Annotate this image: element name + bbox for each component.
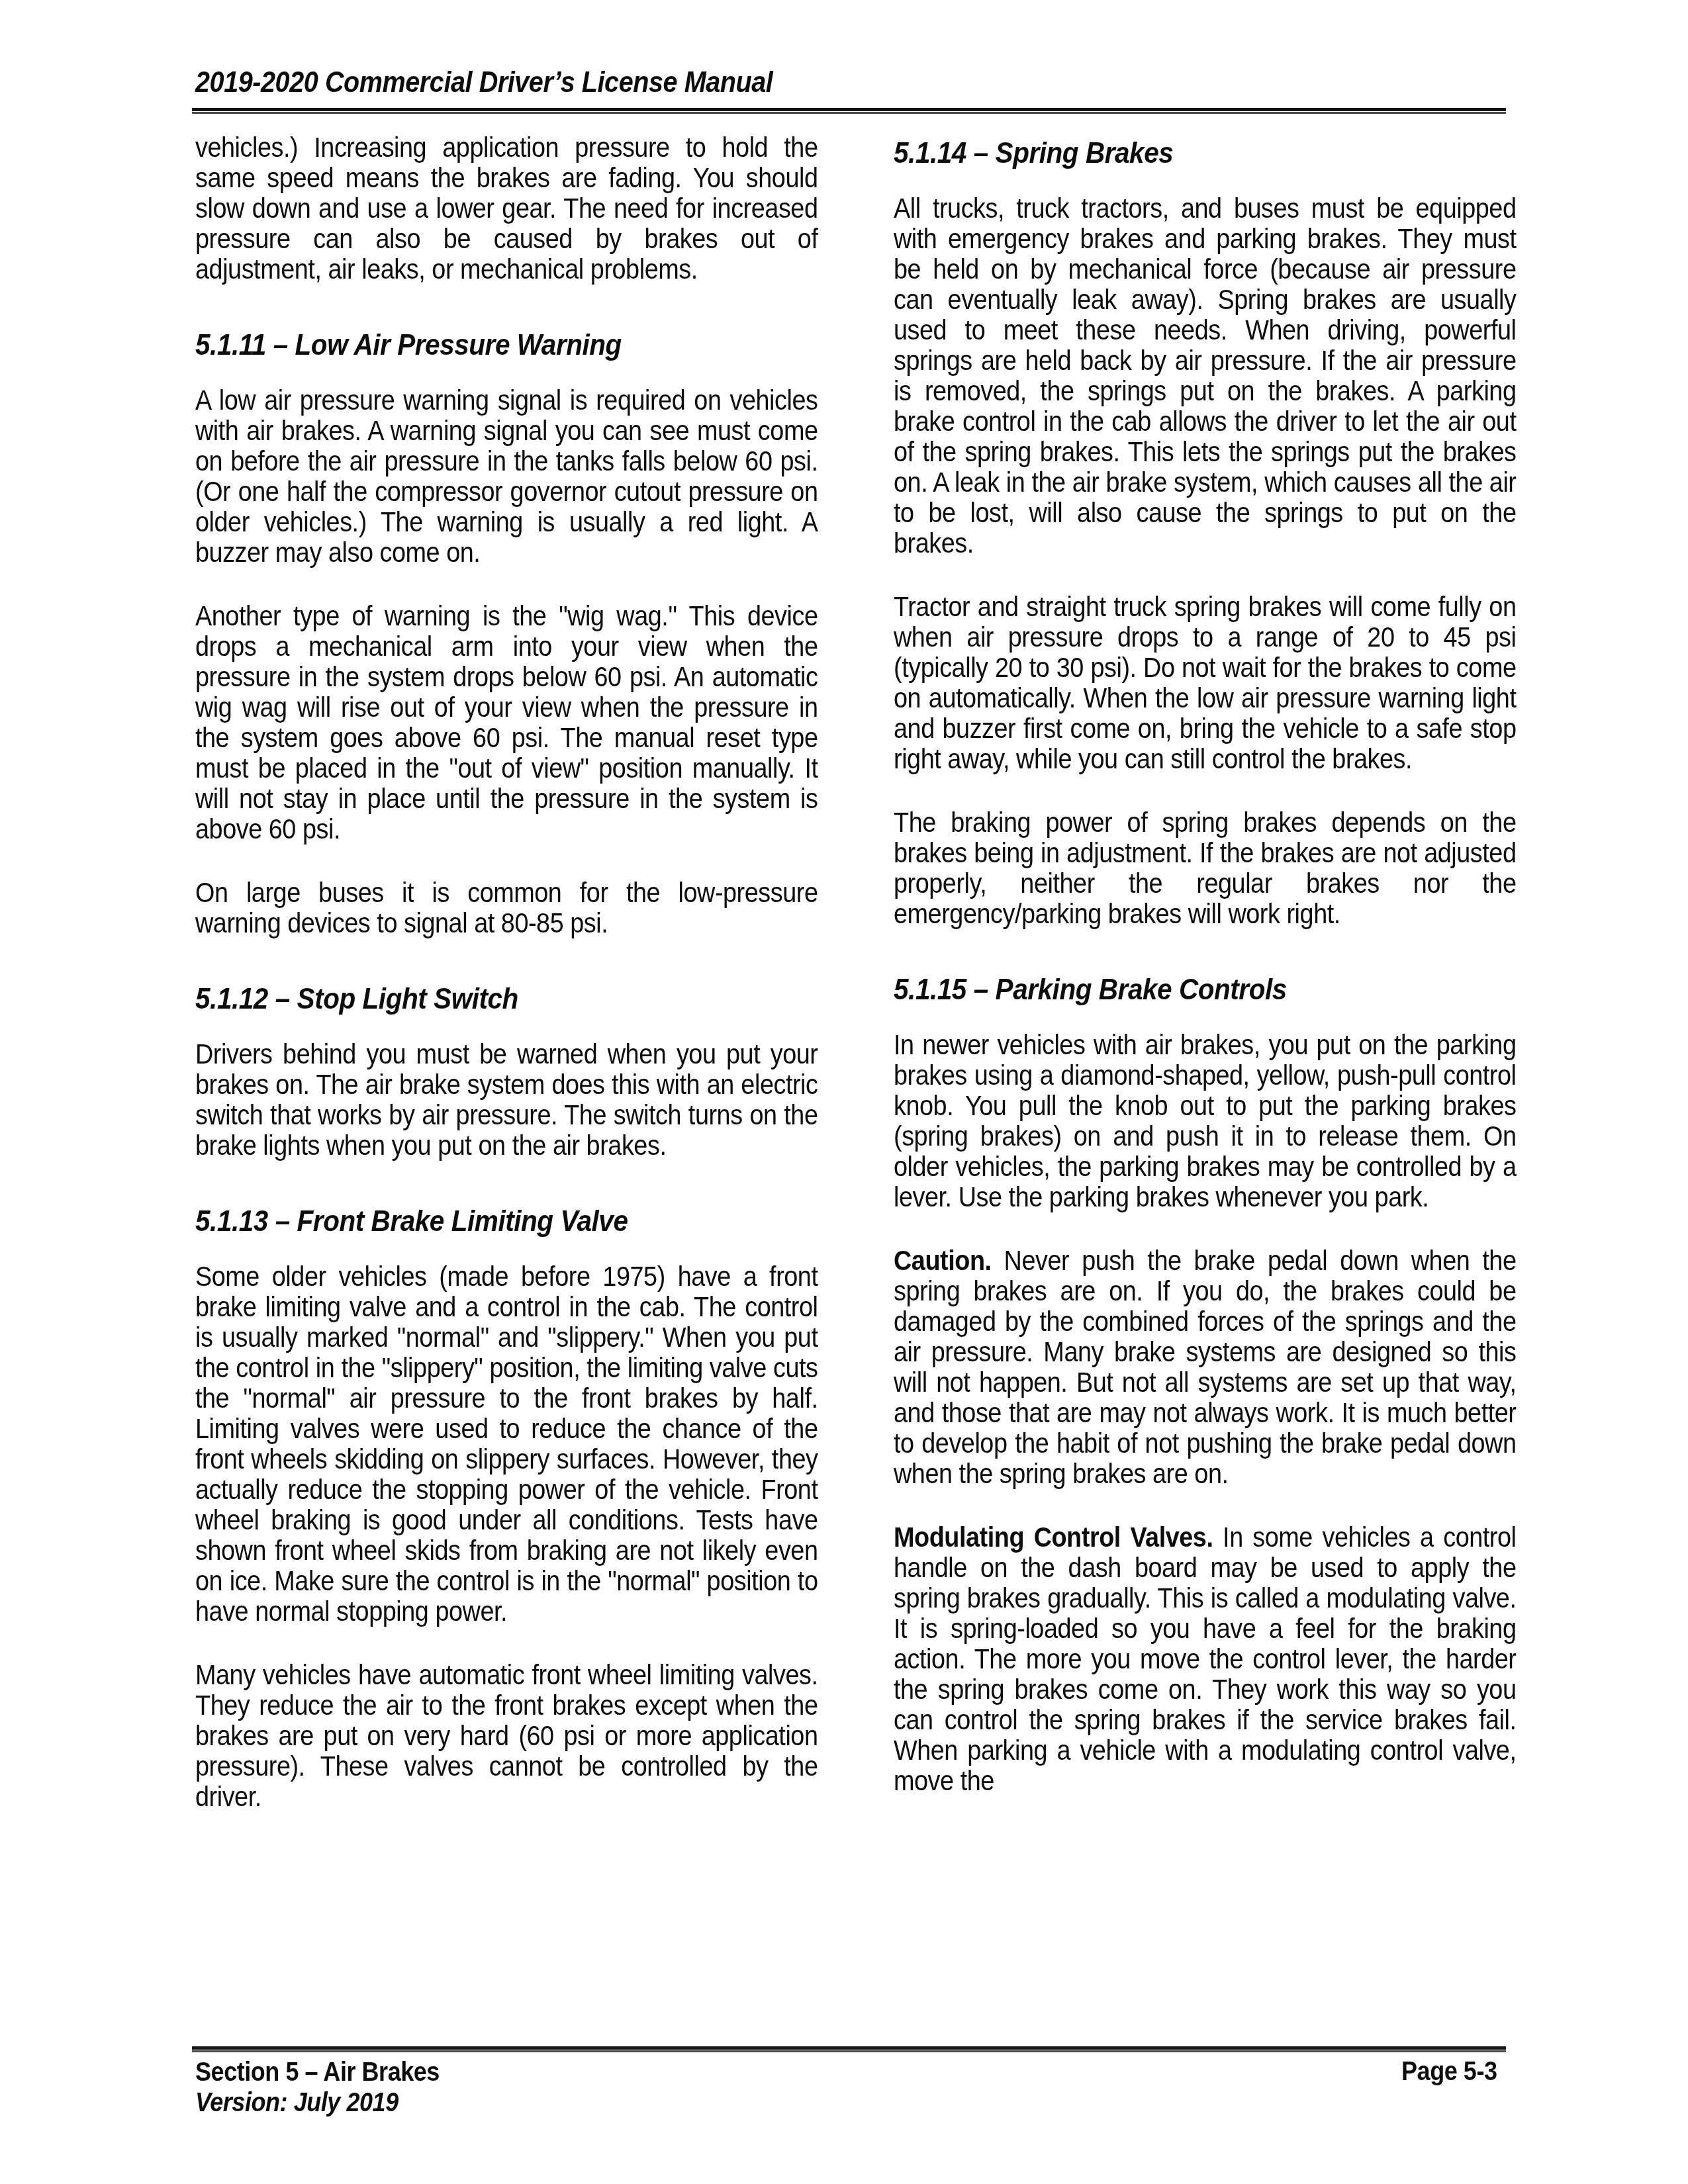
document-page: 2019-2020 Commercial Driver’s License Ma… — [0, 0, 1688, 2184]
paragraph-wig-wag: Another type of warning is the "wig wag.… — [195, 601, 818, 844]
right-column: 5.1.14 – Spring Brakes All trucks, truck… — [894, 132, 1517, 1829]
section-heading-5-1-11: 5.1.11 – Low Air Pressure Warning — [195, 328, 818, 361]
modulating-text: In some vehicles a control handle on the… — [894, 1522, 1517, 1796]
paragraph-spring-brakes: All trucks, truck tractors, and buses mu… — [894, 193, 1517, 559]
header-title: 2019-2020 Commercial Driver’s License Ma… — [195, 66, 1149, 99]
caution-lead: Caution. — [894, 1245, 992, 1276]
section-heading-5-1-15: 5.1.15 – Parking Brake Controls — [894, 973, 1517, 1006]
paragraph-modulating-control-valves: Modulating Control Valves. In some vehic… — [894, 1522, 1517, 1796]
footer-version: Version: July 2019 — [195, 2087, 440, 2118]
paragraph-front-brake-limiting-valve: Some older vehicles (made before 1975) h… — [195, 1261, 818, 1627]
paragraph-application-pressure: vehicles.) Increasing application pressu… — [195, 132, 818, 285]
paragraph-stop-light-switch: Drivers behind you must be warned when y… — [195, 1039, 818, 1161]
section-heading-5-1-13: 5.1.13 – Front Brake Limiting Valve — [195, 1205, 818, 1238]
paragraph-caution: Caution. Never push the brake pedal down… — [894, 1246, 1517, 1489]
section-heading-5-1-12: 5.1.12 – Stop Light Switch — [195, 982, 818, 1015]
modulating-lead: Modulating Control Valves. — [894, 1522, 1213, 1553]
paragraph-automatic-limiting-valves: Many vehicles have automatic front wheel… — [195, 1660, 818, 1812]
paragraph-braking-power: The braking power of spring brakes depen… — [894, 807, 1517, 929]
paragraph-low-air-warning: A low air pressure warning signal is req… — [195, 385, 818, 568]
header-rule — [192, 108, 1506, 114]
caution-text: Never push the brake pedal down when the… — [894, 1245, 1517, 1489]
paragraph-parking-brake-controls: In newer vehicles with air brakes, you p… — [894, 1030, 1517, 1212]
footer-section: Section 5 – Air Brakes — [195, 2057, 440, 2087]
left-column: vehicles.) Increasing application pressu… — [195, 132, 818, 1845]
footer-left: Section 5 – Air Brakes Version: July 201… — [195, 2057, 440, 2118]
paragraph-large-buses: On large buses it is common for the low-… — [195, 878, 818, 938]
footer-rule — [192, 2046, 1506, 2052]
paragraph-tractor-straight-truck: Tractor and straight truck spring brakes… — [894, 592, 1517, 774]
section-heading-5-1-14: 5.1.14 – Spring Brakes — [894, 136, 1517, 169]
footer-page-number: Page 5-3 — [1402, 2057, 1497, 2087]
